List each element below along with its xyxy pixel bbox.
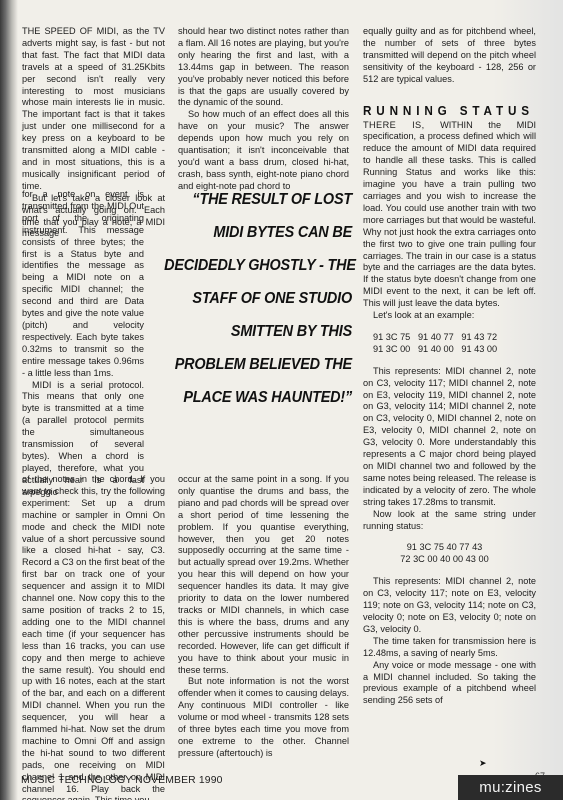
column-1-narrow: for a note on event is transmitted from … bbox=[22, 189, 144, 499]
paragraph: But note information is not the worst of… bbox=[178, 676, 349, 759]
hex-line: 72 3C 00 40 00 43 00 bbox=[363, 554, 526, 566]
pull-quote-line: PLACE WAS HAUNTED!” bbox=[164, 381, 352, 414]
pull-quote: “THE RESULT OF LOST MIDI BYTES CAN BE DE… bbox=[164, 183, 352, 414]
pull-quote-line: PROBLEM BELIEVED THE bbox=[164, 348, 352, 381]
paragraph: occur at the same point in a song. If yo… bbox=[178, 474, 349, 676]
hex-line: 91 3C 75 91 40 77 91 43 72 bbox=[363, 332, 536, 344]
paragraph: This represents: MIDI channel 2, note on… bbox=[363, 366, 536, 509]
column-3: equally guilty and as for pitchbend whee… bbox=[363, 26, 536, 707]
paragraph-body: WITHIN the MIDI specification, a process… bbox=[363, 120, 536, 309]
paragraph: of the notes in the chord. If you want t… bbox=[22, 474, 165, 800]
column-1-bottom: of the notes in the chord. If you want t… bbox=[22, 474, 165, 800]
hex-line: 91 3C 75 40 77 43 bbox=[363, 542, 526, 554]
pull-quote-line: SMITTEN BY THIS bbox=[164, 315, 352, 348]
hex-example-2: 91 3C 75 40 77 43 72 3C 00 40 00 43 00 bbox=[363, 542, 536, 566]
hex-example-1: 91 3C 75 91 40 77 91 43 72 91 3C 00 91 4… bbox=[363, 332, 536, 356]
paragraph: This represents: MIDI channel 2, note on… bbox=[363, 576, 536, 636]
paragraph: Let's look at an example: bbox=[363, 310, 536, 322]
continue-arrow-icon: ➤ bbox=[479, 758, 487, 769]
intro-paragraph: THE SPEED OF MIDI, as the TV adverts mig… bbox=[22, 26, 165, 193]
paragraph: for a note on event is transmitted from … bbox=[22, 189, 144, 380]
column-2-bottom: occur at the same point in a song. If yo… bbox=[178, 474, 349, 760]
hex-line: 91 3C 00 91 40 00 91 43 00 bbox=[363, 344, 536, 356]
muzines-badge[interactable]: mu:zines bbox=[458, 775, 563, 800]
column-2-top: should hear two distinct notes rather th… bbox=[178, 26, 349, 193]
pull-quote-line: STAFF OF ONE STUDIO bbox=[164, 282, 352, 315]
run-in-caps: THERE IS, bbox=[363, 120, 425, 130]
paragraph: THERE IS, WITHIN the MIDI specification,… bbox=[363, 120, 536, 311]
page-gutter-shadow bbox=[0, 0, 18, 800]
pull-quote-line: “THE RESULT OF LOST bbox=[164, 183, 352, 216]
page-footer: MUSIC TECHNOLOGY NOVEMBER 1990 bbox=[21, 775, 223, 786]
paragraph: equally guilty and as for pitchbend whee… bbox=[363, 26, 536, 86]
paragraph: Now look at the same string under runnin… bbox=[363, 509, 536, 533]
paragraph: Any voice or mode message - one with a M… bbox=[363, 660, 536, 708]
paragraph: The time taken for transmission here is … bbox=[363, 636, 536, 660]
pull-quote-line: MIDI BYTES CAN BE bbox=[164, 216, 352, 249]
paragraph: should hear two distinct notes rather th… bbox=[178, 26, 349, 109]
pull-quote-line: DECIDEDLY GHOSTLY - THE bbox=[164, 249, 352, 282]
paragraph: So how much of an effect does all this h… bbox=[178, 109, 349, 192]
section-heading: RUNNING STATUS bbox=[363, 104, 519, 118]
